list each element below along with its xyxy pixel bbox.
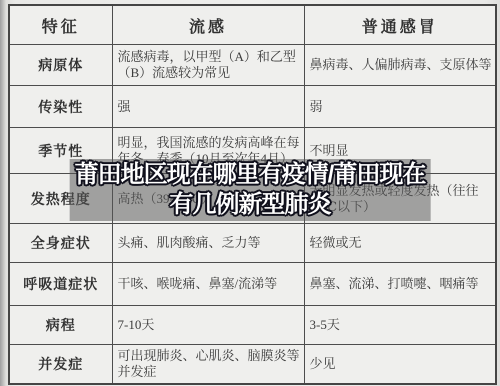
headline-line-1: 莆田地区现在哪里有疫情/莆田现在 <box>75 160 426 190</box>
feature-cell: 全身症状 <box>9 224 112 263</box>
table-row: 病程 7-10天 3-5天 <box>9 306 496 345</box>
feature-cell: 病程 <box>9 306 112 345</box>
cold-cell: 鼻病毒、人偏肺病毒、支原体等 <box>304 45 496 86</box>
cold-cell: 轻微或无 <box>304 224 496 263</box>
screenshot-root: 特征 流感 普通感冒 病原体 流感病毒，以甲型（A）和乙型（B）流感较为常见 鼻… <box>0 0 500 386</box>
header-feature: 特征 <box>9 5 112 45</box>
flu-cell: 头痛、肌肉酸痛、乏力等 <box>112 224 304 263</box>
flu-cell: 7-10天 <box>112 306 304 345</box>
table-row: 病原体 流感病毒，以甲型（A）和乙型（B）流感较为常见 鼻病毒、人偏肺病毒、支原… <box>9 45 496 86</box>
feature-cell: 病原体 <box>9 45 112 86</box>
table-row: 呼吸道症状 干咳、喉咙痛、鼻塞/流涕等 鼻塞、流涕、打喷嚏、咽痛等 <box>9 263 496 306</box>
feature-cell: 呼吸道症状 <box>9 263 112 306</box>
cold-cell: 弱 <box>304 86 496 128</box>
table-row: 并发症 可出现肺炎、心肌炎、脑膜炎等并发症 少见 <box>9 345 496 384</box>
cold-cell: 鼻塞、流涕、打喷嚏、咽痛等 <box>304 263 496 306</box>
table-row: 全身症状 头痛、肌肉酸痛、乏力等 轻微或无 <box>9 224 496 263</box>
table-row: 传染性 强 弱 <box>9 86 496 128</box>
table-header-row: 特征 流感 普通感冒 <box>9 5 496 45</box>
feature-cell: 并发症 <box>9 345 112 384</box>
flu-cell: 流感病毒，以甲型（A）和乙型（B）流感较为常见 <box>112 45 304 86</box>
flu-cell: 干咳、喉咙痛、鼻塞/流涕等 <box>112 263 304 306</box>
cold-cell: 少见 <box>304 345 496 384</box>
headline-line-2: 有几例新型肺炎 <box>75 190 426 220</box>
header-cold: 普通感冒 <box>304 5 496 45</box>
flu-cell: 强 <box>112 86 304 128</box>
photo-edge-shading <box>0 0 6 386</box>
flu-cell: 可出现肺炎、心肌炎、脑膜炎等并发症 <box>112 345 304 384</box>
header-flu: 流感 <box>112 5 304 45</box>
feature-cell: 传染性 <box>9 86 112 128</box>
headline-overlay: 莆田地区现在哪里有疫情/莆田现在 有几例新型肺炎 <box>70 159 431 221</box>
cold-cell: 3-5天 <box>304 306 496 345</box>
